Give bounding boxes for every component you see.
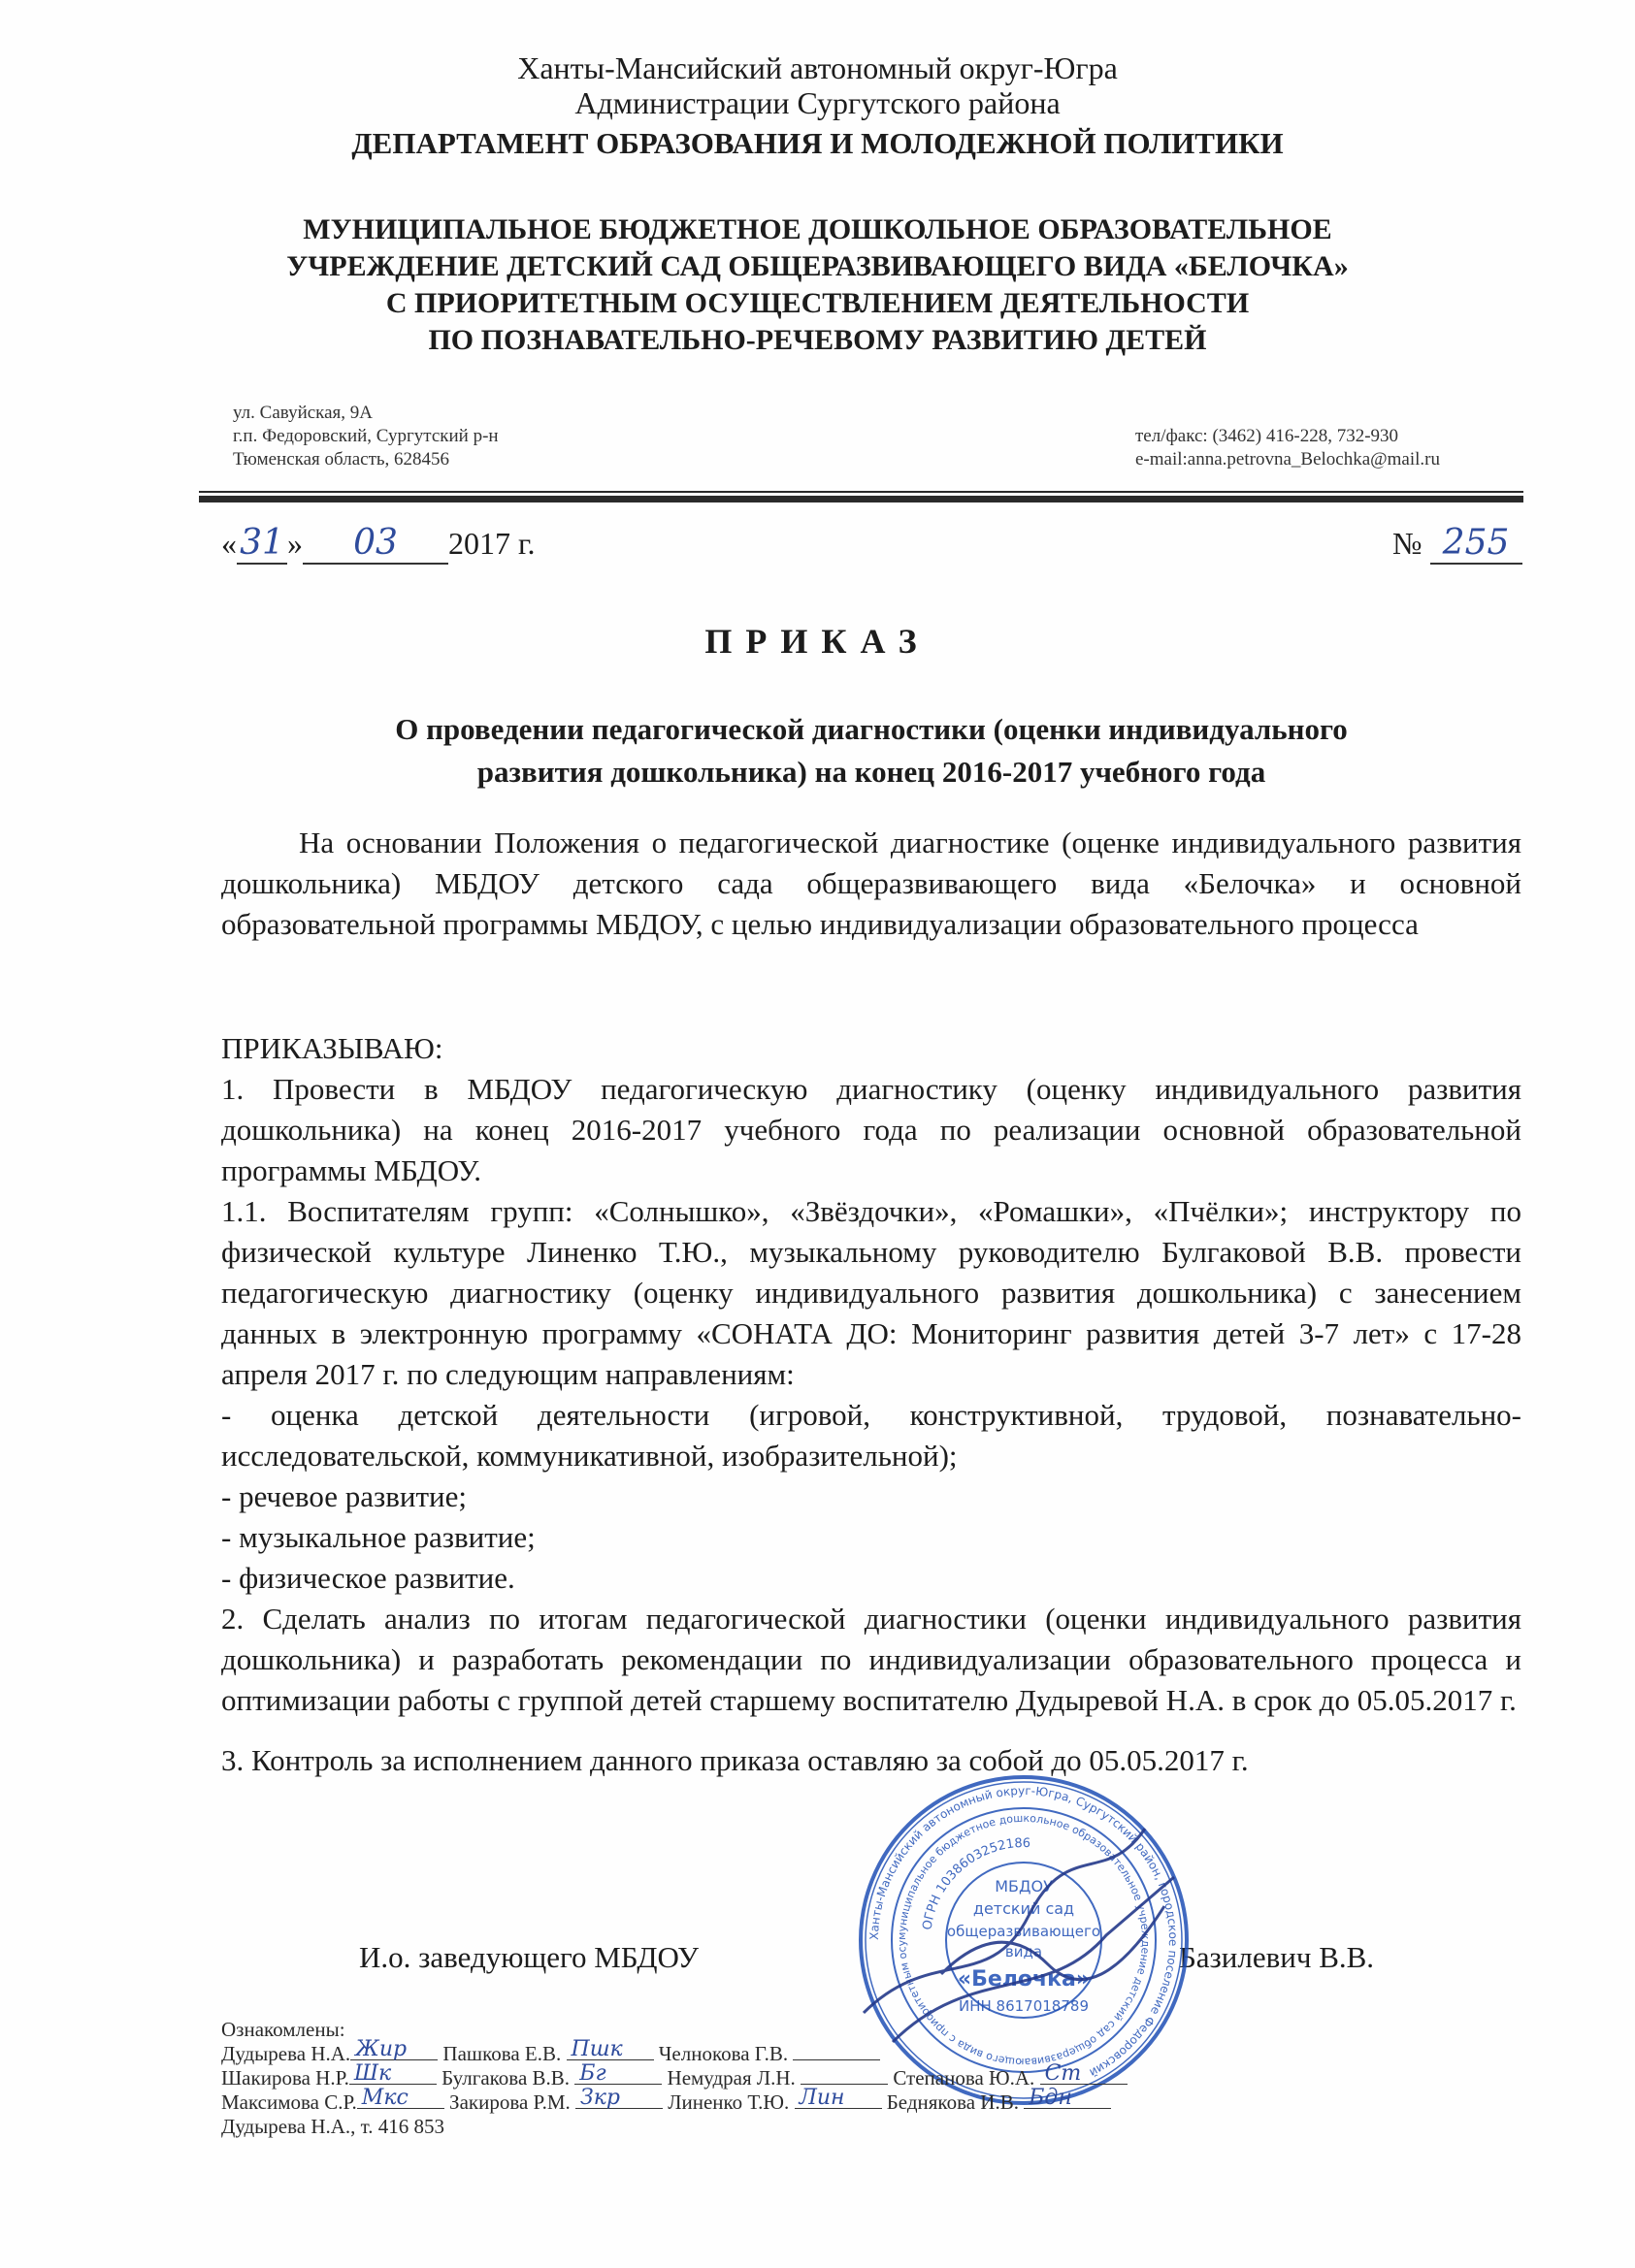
signature-line: Мкс: [357, 2090, 444, 2109]
address-city: г.п. Федоровский, Сургутский р-н: [233, 425, 499, 448]
header-region: Ханты-Мансийский автономный округ-Югра: [0, 50, 1635, 85]
direction-4: - физическое развитие.: [221, 1558, 1521, 1599]
preamble: На основании Положения о педагогической …: [221, 823, 1521, 945]
signature-line: [801, 2066, 888, 2085]
header-divider-thin: [199, 491, 1523, 493]
header-administration: Администрации Сургутского района: [0, 85, 1635, 120]
header-department: ДЕПАРТАМЕНТ ОБРАЗОВАНИЯ И МОЛОДЕЖНОЙ ПОЛ…: [0, 126, 1635, 161]
item-2: 2. Сделать анализ по итогам педагогическ…: [221, 1599, 1521, 1721]
order-word: ПРИКАЗЫВАЮ:: [221, 1028, 1521, 1069]
document-subject: О проведении педагогической диагностики …: [221, 708, 1521, 794]
order-date: «31»032017 г.: [221, 524, 536, 565]
direction-3: - музыкальное развитие;: [221, 1517, 1521, 1558]
order-body: ПРИКАЗЫВАЮ: 1. Провести в МБДОУ педагоги…: [221, 1028, 1521, 1781]
address-street: ул. Савуйская, 9А: [233, 402, 499, 425]
ack-row-2: Шакирова Н.Р.Шк Булгакова В.В. Бг Немудр…: [221, 2066, 1128, 2090]
date-month: 03: [303, 524, 448, 565]
direction-1: - оценка детской деятельности (игровой, …: [221, 1395, 1521, 1476]
signature-line: Шк: [349, 2066, 437, 2085]
signature-line: Лин: [795, 2090, 882, 2109]
signature-line: [793, 2042, 880, 2060]
signature-line: Бдн: [1024, 2090, 1111, 2109]
contact-phone: тел/факс: (3462) 416-228, 732-930: [1135, 425, 1440, 448]
contact-email: e-mail:anna.petrovna_Belochka@mail.ru: [1135, 448, 1440, 471]
org-line-2: УЧРЕЖДЕНИЕ ДЕТСКИЙ САД ОБЩЕРАЗВИВАЮЩЕГО …: [0, 248, 1635, 285]
signatory-position: И.о. заведующего МБДОУ: [359, 1940, 699, 1975]
signature-line: Бг: [574, 2066, 662, 2085]
document-page: Ханты-Мансийский автономный округ-Югра А…: [0, 0, 1635, 2268]
order-number: № 255: [1392, 524, 1522, 565]
item-1-1: 1.1. Воспитателям групп: «Солнышко», «Зв…: [221, 1191, 1521, 1395]
stamp-inn: ИНН 8617018789: [959, 1997, 1089, 2015]
address-block: ул. Савуйская, 9А г.п. Федоровский, Сург…: [233, 402, 499, 471]
org-line-1: МУНИЦИПАЛЬНОЕ БЮДЖЕТНОЕ ДОШКОЛЬНОЕ ОБРАЗ…: [0, 211, 1635, 248]
acknowledgement-block: Ознакомлены: Дудырева Н.А.Жир Пашкова Е.…: [221, 2018, 1128, 2139]
ack-row-3: Максимова С.Р.Мкс Закирова Р.М. Зкр Лине…: [221, 2090, 1128, 2115]
item-1: 1. Провести в МБДОУ педагогическую диагн…: [221, 1069, 1521, 1191]
signature-line: Ст: [1040, 2066, 1128, 2085]
number-label: №: [1392, 526, 1422, 561]
signatory-name: Базилевич В.В.: [1179, 1940, 1374, 1975]
signature-line: Жир: [350, 2042, 438, 2060]
number-value: 255: [1430, 524, 1522, 565]
signature-line: Пшк: [567, 2042, 654, 2060]
org-line-3: С ПРИОРИТЕТНЫМ ОСУЩЕСТВЛЕНИЕМ ДЕЯТЕЛЬНОС…: [0, 285, 1635, 322]
direction-2: - речевое развитие;: [221, 1476, 1521, 1517]
signature-line: Зкр: [575, 2090, 663, 2109]
date-year: 2017 г.: [448, 526, 536, 561]
contacts-block: тел/факс: (3462) 416-228, 732-930 e-mail…: [1135, 425, 1440, 471]
date-day: 31: [237, 524, 287, 565]
document-title: ПРИКАЗ: [0, 621, 1635, 662]
address-region: Тюменская область, 628456: [233, 448, 499, 471]
executor-line: Дудырева Н.А., т. 416 853: [221, 2115, 1128, 2139]
org-line-4: ПО ПОЗНАВАТЕЛЬНО-РЕЧЕВОМУ РАЗВИТИЮ ДЕТЕЙ: [0, 322, 1635, 359]
header-divider-thick: [199, 496, 1523, 502]
svg-text:детский сад: детский сад: [973, 1899, 1074, 1918]
